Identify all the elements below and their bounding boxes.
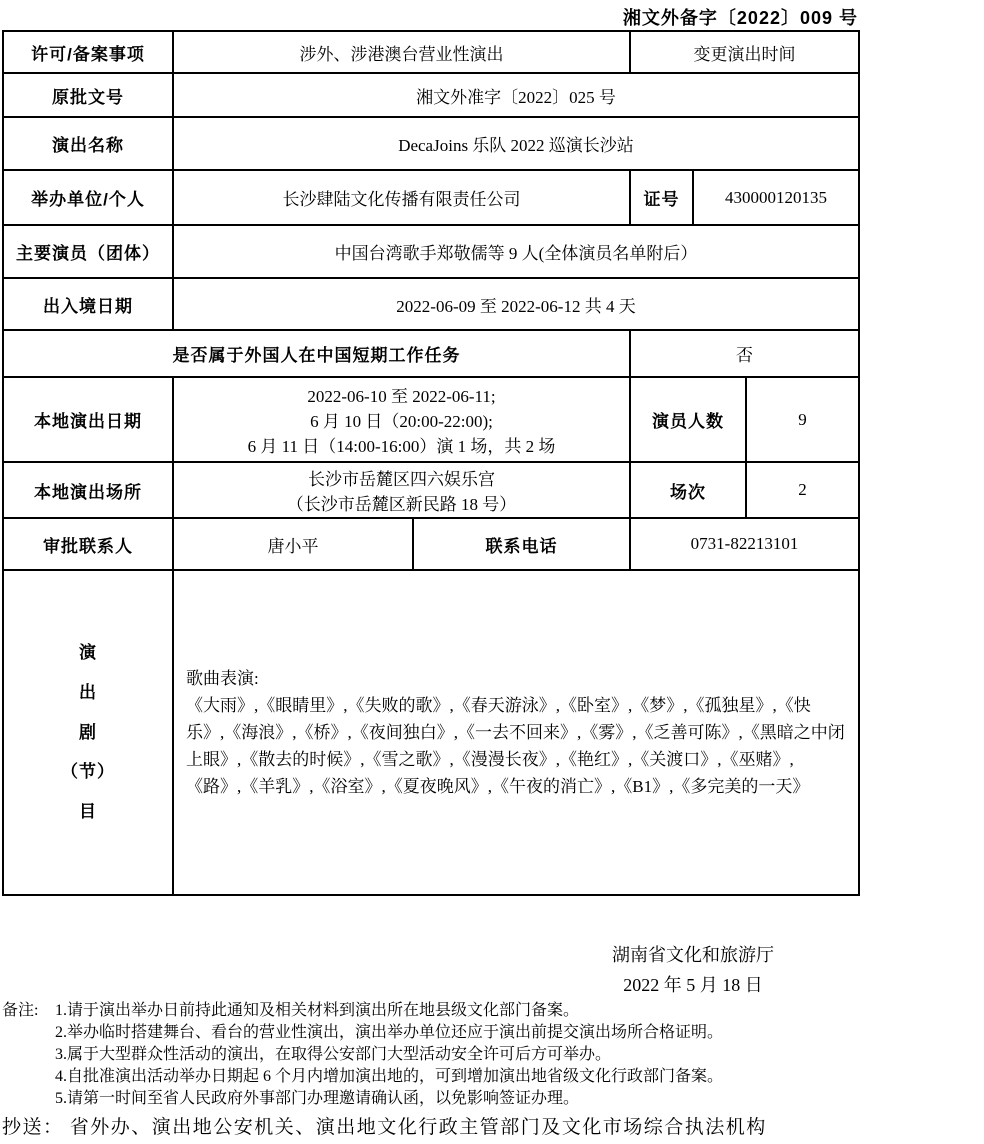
short-term-work-value: 否 bbox=[630, 330, 859, 377]
show-name-label: 演出名称 bbox=[3, 117, 173, 170]
local-venue-value: 长沙市岳麓区四六娱乐宫（长沙市岳麓区新民路 18 号） bbox=[173, 462, 630, 518]
contact-person-label: 审批联系人 bbox=[3, 518, 173, 570]
cert-no-label: 证号 bbox=[630, 170, 693, 225]
contact-phone-label: 联系电话 bbox=[413, 518, 630, 570]
program-label-char: 演 bbox=[8, 633, 168, 673]
venue-line: 长沙市岳麓区四六娱乐宫 bbox=[178, 465, 625, 490]
program-label-char: 目 bbox=[8, 792, 168, 832]
entry-exit-label: 出入境日期 bbox=[3, 278, 173, 330]
row-show-name: 演出名称 DecaJoins 乐队 2022 巡演长沙站 bbox=[3, 117, 859, 170]
contact-phone-value: 0731-82213101 bbox=[630, 518, 859, 570]
permit-change-value: 变更演出时间 bbox=[630, 31, 859, 73]
issuer-block: 湖南省文化和旅游厅 2022 年 5 月 18 日 bbox=[520, 940, 866, 1000]
local-dates-label: 本地演出日期 bbox=[3, 377, 173, 462]
approval-table: 许可/备案事项 涉外、涉港澳台营业性演出 变更演出时间 原批文号 湘文外准字〔2… bbox=[2, 30, 860, 896]
note-item: 1.请于演出举办日前持此通知及相关材料到演出所在地县级文化部门备案。 bbox=[55, 1000, 962, 1022]
local-venue-label: 本地演出场所 bbox=[3, 462, 173, 518]
organizer-value: 长沙肆陆文化传播有限责任公司 bbox=[173, 170, 630, 225]
session-count-label: 场次 bbox=[630, 462, 746, 518]
row-entry-exit-dates: 出入境日期 2022-06-09 至 2022-06-12 共 4 天 bbox=[3, 278, 859, 330]
row-contact: 审批联系人 唐小平 联系电话 0731-82213101 bbox=[3, 518, 859, 570]
notes-block: 备注: 1.请于演出举办日前持此通知及相关材料到演出所在地县级文化部门备案。2.… bbox=[2, 1000, 962, 1110]
performer-count-value: 9 bbox=[746, 377, 859, 462]
program-label-char: 剧 bbox=[8, 713, 168, 753]
organizer-label: 举办单位/个人 bbox=[3, 170, 173, 225]
original-doc-label: 原批文号 bbox=[3, 73, 173, 117]
note-item: 2.举办临时搭建舞台、看台的营业性演出，演出举办单位还应于演出前提交演出场所合格… bbox=[55, 1022, 962, 1044]
local-date-line: 6 月 10 日（20:00-22:00); bbox=[178, 407, 625, 432]
document-page: 湘文外备字〔2022〕009 号 许可/备案事项 涉外、涉港澳台营业性演出 变更… bbox=[0, 0, 984, 1144]
entry-exit-value: 2022-06-09 至 2022-06-12 共 4 天 bbox=[173, 278, 859, 330]
main-performers-label: 主要演员（团体） bbox=[3, 225, 173, 278]
notes-label: 备注: bbox=[2, 1000, 55, 1022]
performer-count-label: 演员人数 bbox=[630, 377, 746, 462]
permit-item-label: 许可/备案事项 bbox=[3, 31, 173, 73]
cert-no-value: 430000120135 bbox=[693, 170, 859, 225]
venue-line: （长沙市岳麓区新民路 18 号） bbox=[178, 490, 625, 515]
program-song-list: 《大雨》,《眼睛里》,《失败的歌》,《春天游泳》,《卧室》,《梦》,《孤独星》,… bbox=[186, 692, 846, 801]
short-term-work-label: 是否属于外国人在中国短期工作任务 bbox=[3, 330, 630, 377]
row-organizer: 举办单位/个人 长沙肆陆文化传播有限责任公司 证号 430000120135 bbox=[3, 170, 859, 225]
row-short-term-work: 是否属于外国人在中国短期工作任务 否 bbox=[3, 330, 859, 377]
program-label-char: 出 bbox=[8, 673, 168, 713]
row-program: 演出剧（节）目 歌曲表演: 《大雨》,《眼睛里》,《失败的歌》,《春天游泳》,《… bbox=[3, 570, 859, 895]
row-main-performers: 主要演员（团体） 中国台湾歌手郑敬儒等 9 人(全体演员名单附后） bbox=[3, 225, 859, 278]
program-heading: 歌曲表演: bbox=[186, 665, 846, 692]
note-item: 5.请第一时间至省人民政府外事部门办理邀请确认函，以免影响签证办理。 bbox=[55, 1088, 962, 1110]
issue-date: 2022 年 5 月 18 日 bbox=[520, 970, 866, 1000]
original-doc-value: 湘文外准字〔2022〕025 号 bbox=[173, 73, 859, 117]
program-label: 演出剧（节）目 bbox=[3, 570, 173, 895]
doc-number: 湘文外备字〔2022〕009 号 bbox=[623, 4, 858, 30]
row-permit-item: 许可/备案事项 涉外、涉港澳台营业性演出 变更演出时间 bbox=[3, 31, 859, 73]
row-local-venue: 本地演出场所 长沙市岳麓区四六娱乐宫（长沙市岳麓区新民路 18 号） 场次 2 bbox=[3, 462, 859, 518]
row-local-dates: 本地演出日期 2022-06-10 至 2022-06-11;6 月 10 日（… bbox=[3, 377, 859, 462]
show-name-value: DecaJoins 乐队 2022 巡演长沙站 bbox=[173, 117, 859, 170]
row-original-doc: 原批文号 湘文外准字〔2022〕025 号 bbox=[3, 73, 859, 117]
program-label-char: （节） bbox=[8, 752, 168, 792]
local-date-line: 2022-06-10 至 2022-06-11; bbox=[178, 382, 625, 407]
cc-line: 抄送： 省外办、演出地公安机关、演出地文化行政主管部门及文化市场综合执法机构 bbox=[2, 1112, 767, 1139]
note-item: 4.自批准演出活动举办日期起 6 个月内增加演出地的，可到增加演出地省级文化行政… bbox=[55, 1066, 962, 1088]
session-count-value: 2 bbox=[746, 462, 859, 518]
contact-person-value: 唐小平 bbox=[173, 518, 413, 570]
permit-item-value: 涉外、涉港澳台营业性演出 bbox=[173, 31, 630, 73]
notes-list: 1.请于演出举办日前持此通知及相关材料到演出所在地县级文化部门备案。2.举办临时… bbox=[55, 1000, 962, 1110]
local-date-line: 6 月 11 日（14:00-16:00）演 1 场，共 2 场 bbox=[178, 432, 625, 457]
local-dates-value: 2022-06-10 至 2022-06-11;6 月 10 日（20:00-2… bbox=[173, 377, 630, 462]
program-content: 歌曲表演: 《大雨》,《眼睛里》,《失败的歌》,《春天游泳》,《卧室》,《梦》,… bbox=[173, 570, 859, 895]
note-item: 3.属于大型群众性活动的演出，在取得公安部门大型活动安全许可后方可举办。 bbox=[55, 1044, 962, 1066]
main-performers-value: 中国台湾歌手郑敬儒等 9 人(全体演员名单附后） bbox=[173, 225, 859, 278]
issuer-name: 湖南省文化和旅游厅 bbox=[520, 940, 866, 970]
